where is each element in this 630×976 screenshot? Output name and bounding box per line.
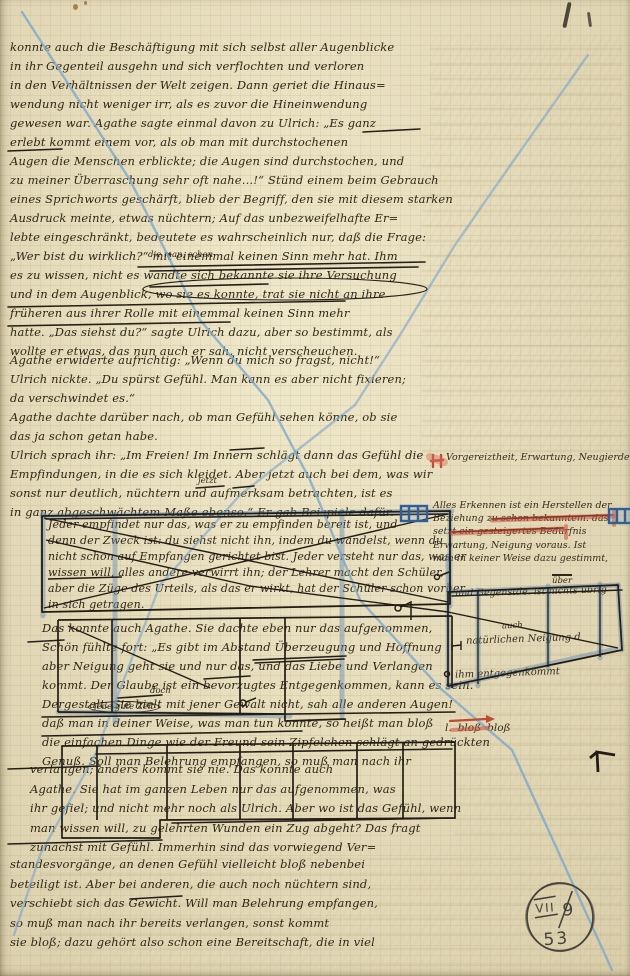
handwritten-line: Ausdruck meinte, etwas nüchtern; Auf das… [10,209,455,228]
handwritten-line: Alles Erkennen ist ein Herstellen der [433,499,630,512]
handwritten-line: kommt. Der Glaube ist ein bevorzugtes En… [42,676,452,695]
handwritten-line: gewesen war. Agathe sagte einmal davon z… [10,114,455,133]
handwritten-line: erlebt kommt einem vor, als ob man mit d… [10,133,455,152]
handwritten-line: Beziehung zu schon bekanntem. das [433,512,630,525]
handwritten-line: lebte eingeschränkt, bedeutete es wahrsc… [10,228,455,247]
handwritten-line: man in keiner Weise dazu gestimmt, [433,552,630,565]
handwritten-line: Empfindungen, in die es sich kleidet. Ab… [10,465,455,484]
handwritten-line: Ulrich nickte. „Du spürst Gefühl. Man ka… [10,370,455,389]
handwritten-line: in ihr Gegenteil ausgehn und sich verflo… [10,57,455,76]
handwritten-line: ihr gefiel; und nicht mehr noch als Ulri… [30,799,450,819]
handwritten-line: aber Neigung geht sie und nur das, und d… [42,657,452,676]
handwritten-line: sonst nur deutlich, nüchtern und aufmerk… [10,484,455,503]
margin-note-struck: und Gegenstde. ist nichts übrig [455,584,630,600]
handwritten-line: setzt ein gesteigertes Bedürfnis [433,525,630,538]
handwritten-line: verschiebt sich das Gewicht. Will man Be… [10,894,455,914]
overlined-insertion: über [552,574,572,586]
handwritten-line: standesvorgänge, an denen Gefühl viellei… [10,855,455,875]
handwritten-line: Agathe dachte darüber nach, ob man Gefüh… [10,408,455,427]
handwritten-line: zu meiner Überraschung sehr oft nahe…!“ … [10,171,455,190]
handwritten-line: und in dem Augenblick, wo sie es konnte,… [10,285,455,304]
interlinear-insertion: jetzt [198,476,217,486]
polygon-inner-note: natürlichen Neigung d [466,630,626,647]
handwritten-line: es zu wissen, nicht es wandte sich bekan… [10,266,455,285]
handwritten-line: konnte auch die Beschäftigung mit sich s… [10,38,455,57]
margin-note-keywords: Vorgereiztheit, Erwartung, Neugierde [446,452,630,463]
handwritten-line: „Wer bist du wirklich?“ mit einemmal kei… [10,247,455,266]
handwritten-line: verlangen; anders kommt sie nie. Das kon… [30,760,450,780]
handwritten-line: Agathe erwiderte aufrichtig: „Wenn du mi… [10,351,455,370]
handwritten-line: Augen die Menschen erblickte; die Augen … [10,152,455,171]
handwritten-line: denn der Zweck ist: du siehst nicht ihn,… [48,533,448,549]
margin-note-bloss: l.bloßbloß [445,722,605,734]
manuscript-paragraph-boxed: Jeder empfindet nur das, was er zu empfi… [48,517,448,613]
manuscript-paragraph: Agathe erwiderte aufrichtig: „Wenn du mi… [10,351,455,370]
interlinear-insertion: auch [502,620,523,631]
note-below-polygon: ihm entgegenkommt [455,664,615,681]
handwritten-line: Schön fühlte fort: „Es gibt im Abstand Ü… [42,638,452,657]
manuscript-paragraph: Ulrich sprach ihr: „Im Freien! Im Innern… [10,446,455,522]
handwritten-line: früheren aus ihrer Rolle mit einemmal ke… [10,304,455,323]
handwritten-line: Ulrich sprach ihr: „Im Freien! Im Innern… [10,446,455,465]
handwritten-line: die einfachen Dinge wie der Freund sein … [42,733,452,752]
handwritten-line: aber die Züge des Urteils, als das er wi… [48,581,448,597]
handwritten-line: das ja schon getan habe. [10,427,455,446]
handwritten-line: da verschwindet es.“ [10,389,455,408]
handwritten-line: beteiligt ist. Aber bei anderen, die auc… [10,875,455,895]
interlinear-insertion: doch [150,686,171,696]
handwritten-line: nicht schon auf Empfangen gerichtet bist… [48,549,448,565]
handwritten-line: in den Verhältnissen der Welt zeigen. Da… [10,76,455,95]
manuscript-paragraph: Das konnte auch Agathe. Sie dachte eben … [42,619,452,771]
handwritten-line: wissen will, alles andere verwirrt ihn; … [48,565,448,581]
handwritten-line: Das konnte auch Agathe. Sie dachte eben … [42,619,452,638]
manuscript-paragraph: Ulrich nickte. „Du spürst Gefühl. Man ka… [10,370,455,408]
note-prefix: l. [445,722,452,734]
handwritten-line: hatte. „Das siehst du?“ sagte Ulrich daz… [10,323,455,342]
handwritten-line: daß man in deiner Weise, was man tun kon… [42,714,452,733]
handwritten-line: Erwartung, Neigung voraus. Ist [433,539,630,552]
manuscript-paragraph-gridded: verlangen; anders kommt sie nie. Das kon… [30,760,450,858]
manuscript-paragraph: Agathe dachte darüber nach, ob man Gefüh… [10,408,455,446]
circled-insertion: jede gute Zeit [88,701,160,713]
struck-word: bloß [458,722,481,734]
interlinear-insertion: die man, schon [148,250,213,260]
manuscript-paragraph: standesvorgänge, an denen Gefühl viellei… [10,855,455,953]
manuscript-text-column: konnte auch die Beschäftigung mit sich s… [0,0,630,976]
manuscript-page: konnte auch die Beschäftigung mit sich s… [0,0,630,976]
handwritten-line: sie bloß; dazu gehört also schon eine Be… [10,933,455,953]
handwritten-line: Jeder empfindet nur das, was er zu empfi… [48,517,448,533]
handwritten-line: so muß man nach ihr bereits verlangen, s… [10,914,455,934]
margin-note-erkennen: Alles Erkennen ist ein Herstellen derBez… [433,499,630,565]
handwritten-line: in sich getragen. [48,597,448,613]
handwritten-line: man wissen will, zu gelehrten Wunden ein… [30,819,450,839]
note-word: bloß [487,722,510,734]
handwritten-line: wendung nicht weniger irr, als es zuvor … [10,95,455,114]
manuscript-paragraph: konnte auch die Beschäftigung mit sich s… [10,38,455,361]
handwritten-line: Agathe. Sie hat im ganzen Leben nur das … [30,780,450,800]
handwritten-line: eines Sprichworts geschärft, blieb der B… [10,190,455,209]
